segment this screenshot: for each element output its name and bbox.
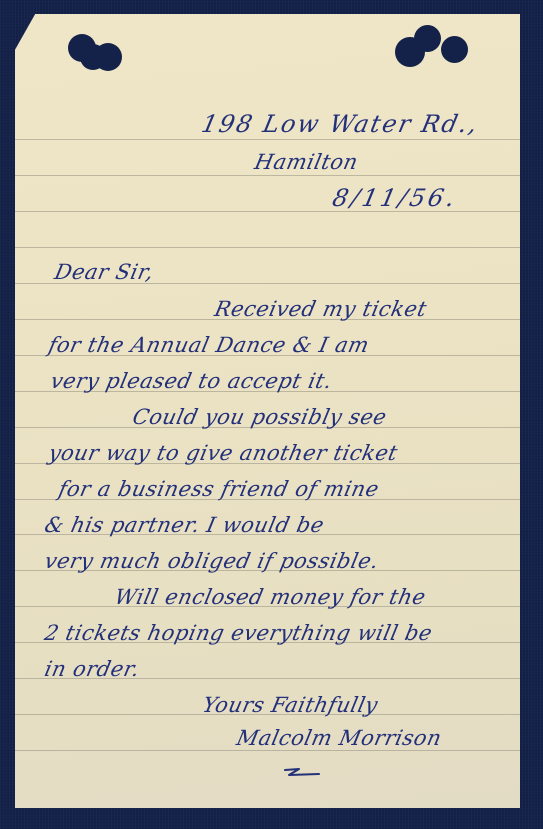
signature-flourish — [283, 764, 323, 780]
body-line: Will enclosed money for the — [112, 585, 428, 609]
salutation: Dear Sir, — [52, 260, 156, 284]
body-line: for the Annual Dance & I am — [46, 333, 371, 357]
body-line: & his partner. I would be — [42, 513, 326, 537]
ruled-line — [15, 139, 520, 140]
body-line: for a business friend of mine — [56, 477, 381, 501]
ruled-line — [15, 175, 520, 176]
address-line-2: Hamilton — [252, 150, 360, 174]
signature: Malcolm Morrison — [234, 726, 443, 750]
body-line: Received my ticket — [212, 297, 429, 321]
punch-hole — [94, 43, 122, 71]
closing: Yours Faithfully — [200, 693, 380, 717]
body-line: very pleased to accept it. — [48, 369, 334, 393]
body-line: in order. — [42, 657, 141, 681]
punch-hole — [441, 36, 468, 63]
body-line: Could you possibly see — [130, 405, 389, 429]
letter-paper: 198 Low Water Rd., Hamilton 8/11/56. Dea… — [15, 14, 520, 808]
punch-hole — [414, 25, 441, 52]
ruled-line — [15, 247, 520, 248]
body-line: very much obliged if possible. — [42, 549, 381, 573]
ruled-line — [15, 750, 520, 751]
body-line: your way to give another ticket — [46, 441, 400, 465]
body-line: 2 tickets hoping everything will be — [42, 621, 434, 645]
letter-date: 8/11/56. — [330, 184, 460, 212]
address-line-1: 198 Low Water Rd., — [199, 110, 481, 138]
